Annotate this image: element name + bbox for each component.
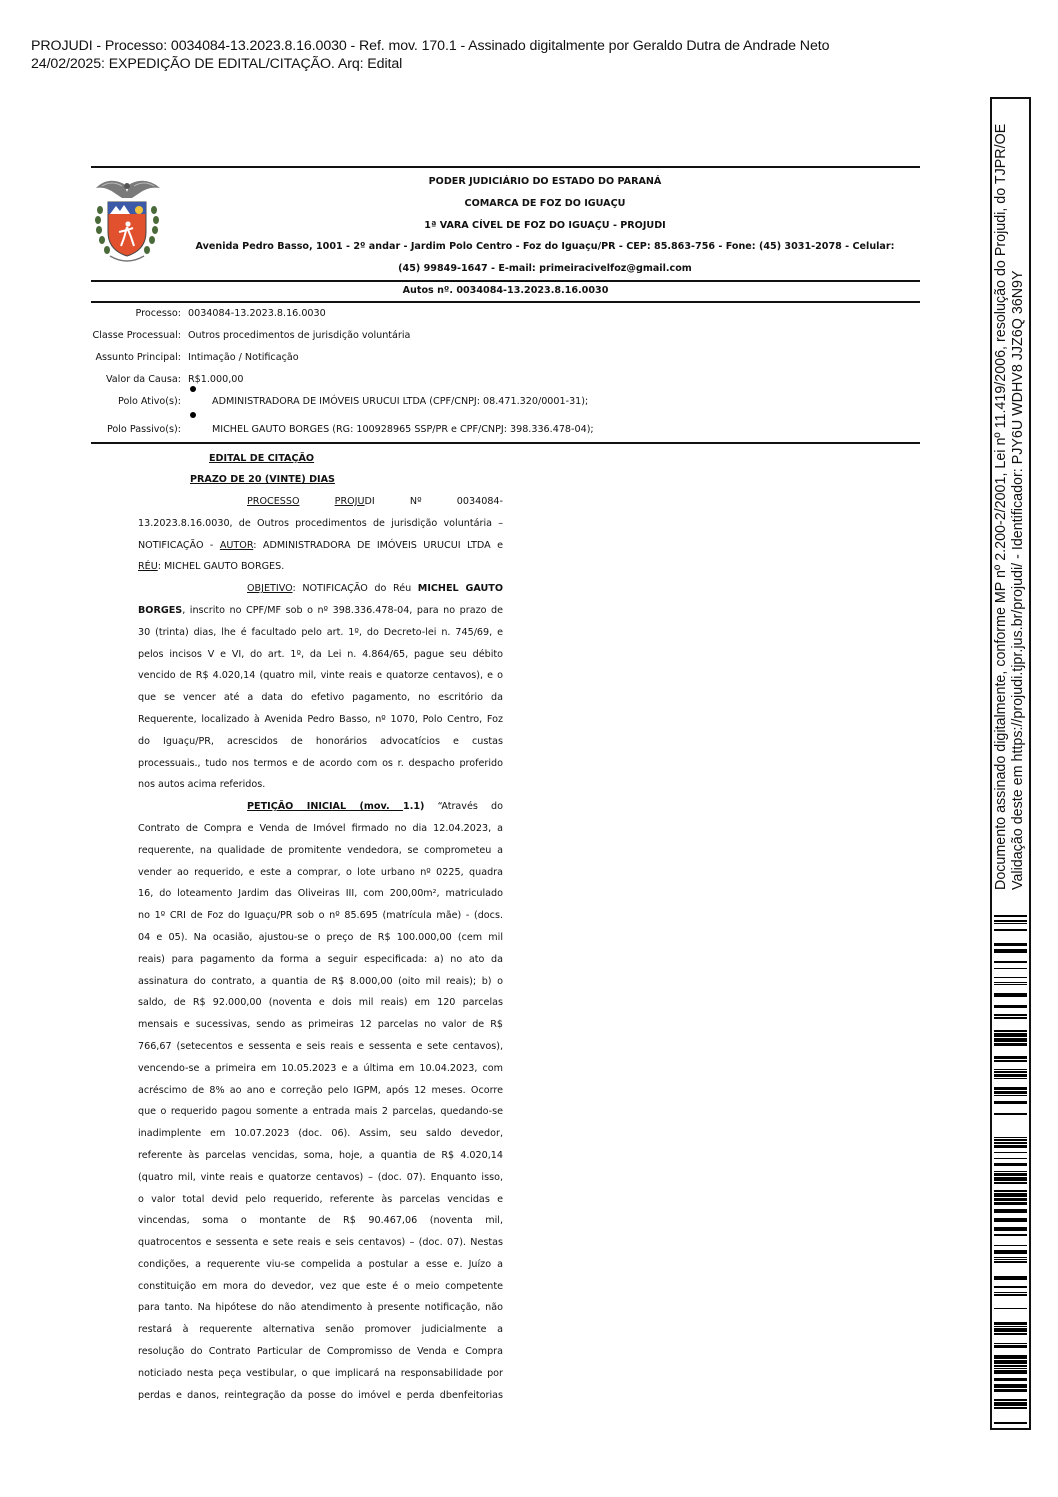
p2-line: Requerente, localizado à Avenida Pedro B… xyxy=(138,709,503,731)
meta-value-polo-passivo: MICHEL GAUTO BORGES (RG: 100928965 SSP/P… xyxy=(212,424,594,435)
p3-line: mensais e sucessivas, sendo as primeiras… xyxy=(138,1014,503,1036)
meta-label-polo-passivo: Polo Passivo(s): xyxy=(107,424,181,435)
meta-label-processo: Processo: xyxy=(136,308,182,319)
p2-line: vencido de R$ 4.020,14 (quatro mil, vint… xyxy=(138,665,503,687)
p3-line: noticiado nesta peça vestibular, o que i… xyxy=(138,1363,503,1385)
p3-line: o valor total devid pelo requerido, refe… xyxy=(138,1189,503,1211)
p2-line: do Iguaçu/PR, acrescidos de honorários a… xyxy=(138,731,503,753)
p3-line: acréscimo de 8% ao ano e correção pelo I… xyxy=(138,1080,503,1102)
header-top-rule xyxy=(91,166,920,168)
stamp-line-2: 24/02/2025: EXPEDIÇÃO DE EDITAL/CITAÇÃO.… xyxy=(31,56,402,72)
p1-line-2: 13.2023.8.16.0030, de Outros procediment… xyxy=(138,513,503,535)
header-bottom-rule xyxy=(91,301,920,303)
p2-line: 30 (trinta) dias, lhe é facultado pelo a… xyxy=(138,622,503,644)
meta-value-processo: 0034084-13.2023.8.16.0030 xyxy=(188,308,326,319)
meta-label-assunto: Assunto Principal: xyxy=(95,352,181,363)
header-mid-rule xyxy=(91,280,920,282)
p3-line: restará à requerente alternativa senão p… xyxy=(138,1319,503,1341)
meta-label-polo-ativo: Polo Ativo(s): xyxy=(118,396,181,407)
signature-line-1: Documento assinado digitalmente, conform… xyxy=(993,124,1010,890)
p1-line-4: RÉU: MICHEL GAUTO BORGES. xyxy=(138,556,503,578)
p3-line: 766,67 (setecentos e sessenta e seis rea… xyxy=(138,1036,503,1058)
autos-number: Autos nº. 0034084-13.2023.8.16.0030 xyxy=(91,285,920,296)
p2-line: nos autos acima referidos. xyxy=(138,774,503,796)
p3-line: 04 e 05). Na ocasião, ajustou-se o preço… xyxy=(138,927,503,949)
p3-line: assinatura do contrato, a quantia de R$ … xyxy=(138,971,503,993)
barcode-icon xyxy=(994,915,1027,1427)
court-name: PODER JUDICIÁRIO DO ESTADO DO PARANÁ xyxy=(170,176,920,187)
p3-line: (quatro mil, vinte reais e quatorze cent… xyxy=(138,1167,503,1189)
p2-line: processuais., tudo nos termos e de acord… xyxy=(138,753,503,775)
p3-line: que o requerido pagou somente a entrada … xyxy=(138,1101,503,1123)
p2-line: pelos incisos V e VI, do art. 1º, da Lei… xyxy=(138,644,503,666)
edital-body: PROCESSO PROJUDI Nº 0034084- 13.2023.8.1… xyxy=(138,491,503,1406)
meta-value-valor: R$1.000,00 xyxy=(188,374,244,385)
p3-line: referente às parcelas vencidas, soma, ho… xyxy=(138,1145,503,1167)
p2-line-1: OBJETIVO: NOTIFICAÇÃO do Réu MICHEL GAUT… xyxy=(138,578,503,600)
p3-line-1: PETIÇÃO INICIAL (mov. 1.1) “Através do xyxy=(138,796,503,818)
stamp-line-1: PROJUDI - Processo: 0034084-13.2023.8.16… xyxy=(31,38,829,54)
p3-line: no 1º CRI de Foz do Iguaçu/PR sob o nº 8… xyxy=(138,905,503,927)
edital-title: EDITAL DE CITAÇÃO xyxy=(209,453,314,464)
meta-value-polo-ativo: ADMINISTRADORA DE IMÓVEIS URUCUI LTDA (C… xyxy=(212,396,588,407)
bullet-icon xyxy=(190,412,196,418)
edital-prazo: PRAZO DE 20 (VINTE) DIAS xyxy=(190,474,335,485)
signature-text: Documento assinado digitalmente, conform… xyxy=(993,124,1027,890)
bullet-icon xyxy=(190,386,196,392)
p3-line: inadimplente em 10.07.2023 (doc. 06). As… xyxy=(138,1123,503,1145)
comarca-name: COMARCA DE FOZ DO IGUAÇU xyxy=(170,198,920,209)
vara-name: 1ª VARA CÍVEL DE FOZ DO IGUAÇU - PROJUDI xyxy=(170,220,920,231)
meta-label-classe: Classe Processual: xyxy=(93,330,181,341)
signature-line-2: Validação deste em https://projudi.tjpr.… xyxy=(1010,124,1027,890)
p3-line: vencendo-se a primeira em 10.05.2023 e a… xyxy=(138,1058,503,1080)
court-contact: (45) 99849-1647 - E-mail: primeiracivelf… xyxy=(170,263,920,274)
meta-value-assunto: Intimação / Notificação xyxy=(188,352,299,363)
p2-line-2: BORGES, inscrito no CPF/MF sob o nº 398.… xyxy=(138,600,503,622)
p3-line: vender ao requerido, e este a comprar, o… xyxy=(138,862,503,884)
p3-line: Contrato de Compra e Venda de Imóvel fir… xyxy=(138,818,503,840)
court-address: Avenida Pedro Basso, 1001 - 2º andar - J… xyxy=(170,241,920,252)
meta-label-valor: Valor da Causa: xyxy=(106,374,181,385)
p3-line: resolução do Contrato Particular de Comp… xyxy=(138,1341,503,1363)
p3-line: perdas e danos, reintegração da posse do… xyxy=(138,1385,503,1407)
parana-coat-of-arms-icon xyxy=(88,174,166,266)
p3-line: reais) para pagamento da forma a seguir … xyxy=(138,949,503,971)
p3-line: vincendas, soma o montante de R$ 90.467,… xyxy=(138,1210,503,1232)
p1-line-1: PROCESSO PROJUDI Nº 0034084- xyxy=(138,491,503,513)
p3-line: quatrocentos e sessenta e sete reais e s… xyxy=(138,1232,503,1254)
p1-line-3: NOTIFICAÇÃO - AUTOR: ADMINISTRADORA DE I… xyxy=(138,535,503,557)
p3-line: para tanto. Na hipótese do não atendimen… xyxy=(138,1297,503,1319)
p2-line: que se vencer até a data do efetivo paga… xyxy=(138,687,503,709)
meta-bottom-rule xyxy=(91,442,920,444)
p3-line: requerente, na qualidade de promitente v… xyxy=(138,840,503,862)
p3-line: 16, do loteamento Jardim das Oliveiras I… xyxy=(138,883,503,905)
p3-line: constituição em mora do devedor, vez que… xyxy=(138,1276,503,1298)
p3-line: saldo, de R$ 92.000,00 (noventa e dois m… xyxy=(138,992,503,1014)
meta-value-classe: Outros procedimentos de jurisdição volun… xyxy=(188,330,410,341)
p3-line: condições, a requerente viu-se compelida… xyxy=(138,1254,503,1276)
